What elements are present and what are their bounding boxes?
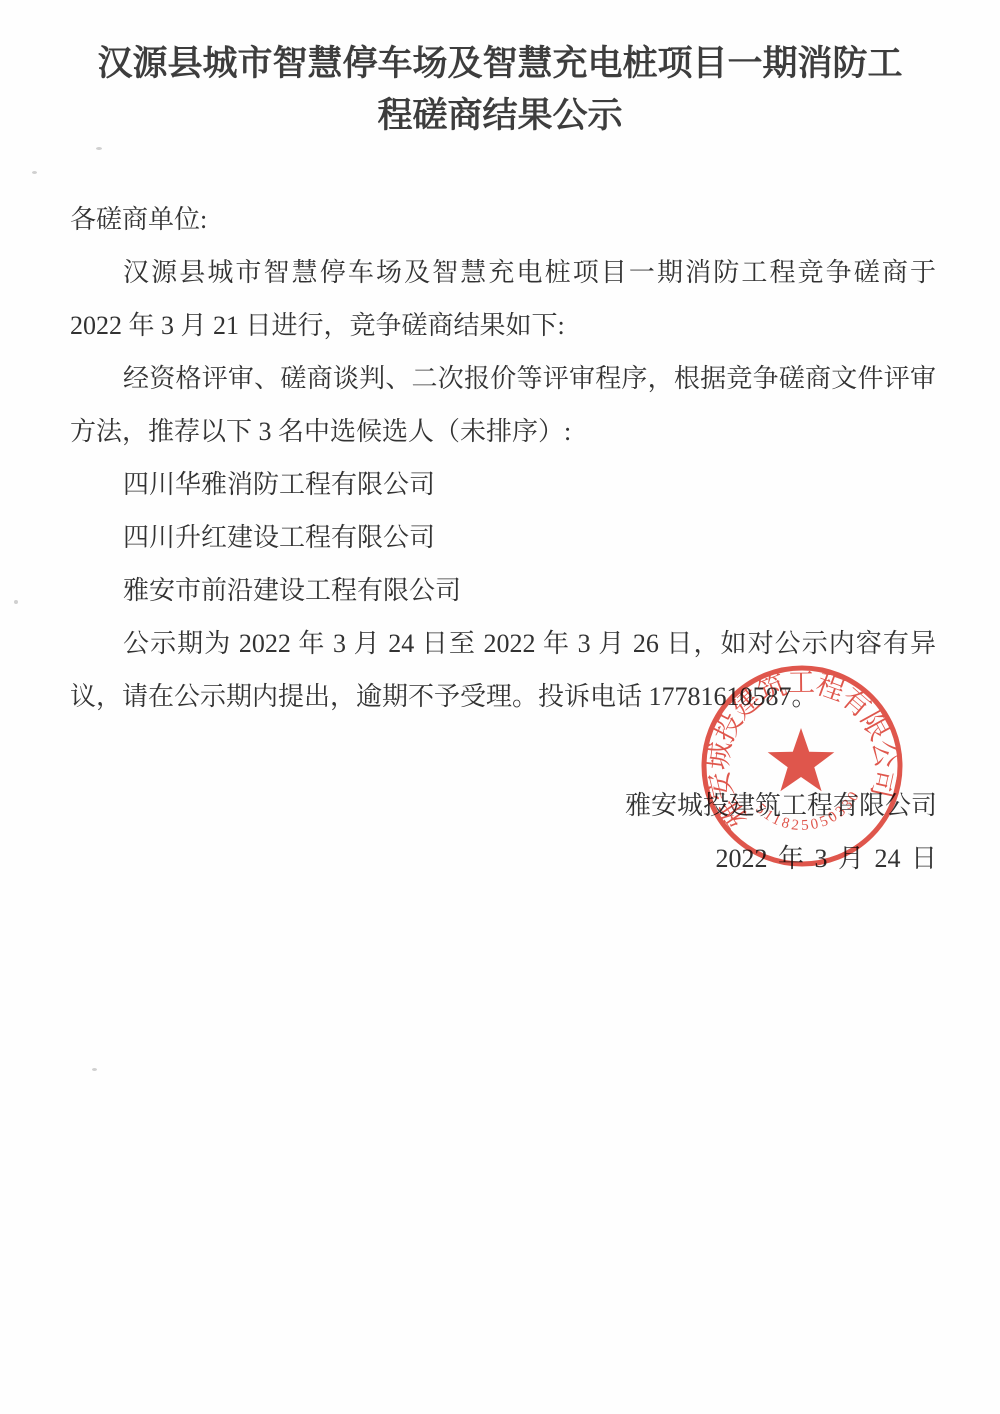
document-title: 汉源县城市智慧停车场及智慧充电桩项目一期消防工 程磋商结果公示 (0, 38, 1000, 142)
scan-speck (32, 171, 37, 174)
title-line-1: 汉源县城市智慧停车场及智慧充电桩项目一期消防工 (0, 38, 1000, 90)
body-line-candidate-3: 雅安市前沿建设工程有限公司 (70, 564, 936, 617)
title-line-2: 程磋商结果公示 (0, 90, 1000, 142)
document-body: 各磋商单位: 汉源县城市智慧停车场及智慧充电桩项目一期消防工程竞争磋商于 202… (70, 193, 936, 723)
seal-serial: 511825050330 (752, 789, 862, 834)
body-line-process-2: 方法，推荐以下 3 名中选候选人（未排序）: (70, 405, 936, 458)
company-seal: 雅安城投建筑工程有限公司 511825050330 (692, 656, 912, 876)
body-line-intro-2: 2022 年 3 月 21 日进行，竞争磋商结果如下: (70, 299, 936, 352)
body-line-process-1: 经资格评审、磋商谈判、二次报价等评审程序，根据竞争磋商文件评审 (70, 352, 936, 405)
body-line-salutation: 各磋商单位: (70, 193, 936, 246)
star-icon (768, 728, 835, 791)
scan-speck (92, 1068, 97, 1071)
body-line-intro-1: 汉源县城市智慧停车场及智慧充电桩项目一期消防工程竞争磋商于 (70, 246, 936, 299)
body-line-candidate-2: 四川升红建设工程有限公司 (70, 511, 936, 564)
scan-speck (96, 147, 102, 150)
body-line-candidate-1: 四川华雅消防工程有限公司 (70, 458, 936, 511)
scan-speck (14, 600, 18, 604)
document-page: 汉源县城市智慧停车场及智慧充电桩项目一期消防工 程磋商结果公示 各磋商单位: 汉… (0, 0, 1000, 1414)
